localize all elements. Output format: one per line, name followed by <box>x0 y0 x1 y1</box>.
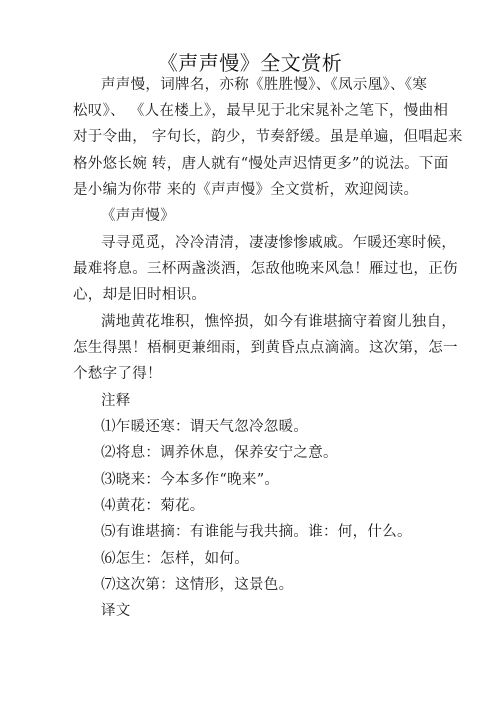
poem-line: 最难将息。三杯两盏淡酒，怎敌他晚来风急！雁过也，正伤 <box>73 260 458 278</box>
intro-line: 格外悠长婉 转，唐人就有“慢处声迟情更多”的说法。下面 <box>73 155 449 173</box>
poem-title: 《声声慢》 <box>101 207 175 225</box>
intro-line: 松叹》、 《人在楼上》，最早见于北宋晁补之笔下，慢曲相 <box>73 102 448 120</box>
note-item: ⑶晓来：今本多作“晚来”。 <box>101 471 279 489</box>
poem-line: 怎生得黑！梧桐更兼细雨，到黄昏点点滴滴。这次第，怎一 <box>73 339 458 357</box>
intro-line: 声声慢，词牌名，亦称《胜胜慢》、《凤示凰》、《寒 <box>101 76 427 94</box>
intro-line: 是小编为你带 来的《声声慢》全文赏析，欢迎阅读。 <box>73 181 418 199</box>
note-item: ⑸有谁堪摘：有谁能与我共摘。谁：何，什么。 <box>101 523 412 541</box>
document-title: 《声声慢》全文赏析 <box>0 47 500 76</box>
translation-heading: 译文 <box>101 602 131 620</box>
note-item: ⑺这次第：这情形，这景色。 <box>101 576 293 594</box>
notes-heading: 注释 <box>101 392 131 410</box>
document-page: 《声声慢》全文赏析 声声慢，词牌名，亦称《胜胜慢》、《凤示凰》、《寒 松叹》、 … <box>0 0 500 707</box>
note-item: ⑹怎生：怎样，如何。 <box>101 550 249 568</box>
poem-line: 心，却是旧时相识。 <box>73 286 206 304</box>
note-item: ⑷黄花：菊花。 <box>101 497 205 515</box>
note-item: ⑵将息：调养休息，保养安宁之意。 <box>101 444 338 462</box>
intro-line: 对于令曲， 字句长，韵少，节奏舒缓。虽是单遍，但唱起来 <box>73 128 463 146</box>
poem-line: 寻寻觅觅，冷冷清清，凄凄惨惨戚戚。乍暖还寒时候， <box>101 234 456 252</box>
poem-line: 个愁字了得！ <box>73 365 162 383</box>
poem-line: 满地黄花堆积，憔悴损，如今有谁堪摘守着窗儿独自， <box>101 313 456 331</box>
note-item: ⑴乍暖还寒：谓天气忽冷忽暖。 <box>101 418 308 436</box>
